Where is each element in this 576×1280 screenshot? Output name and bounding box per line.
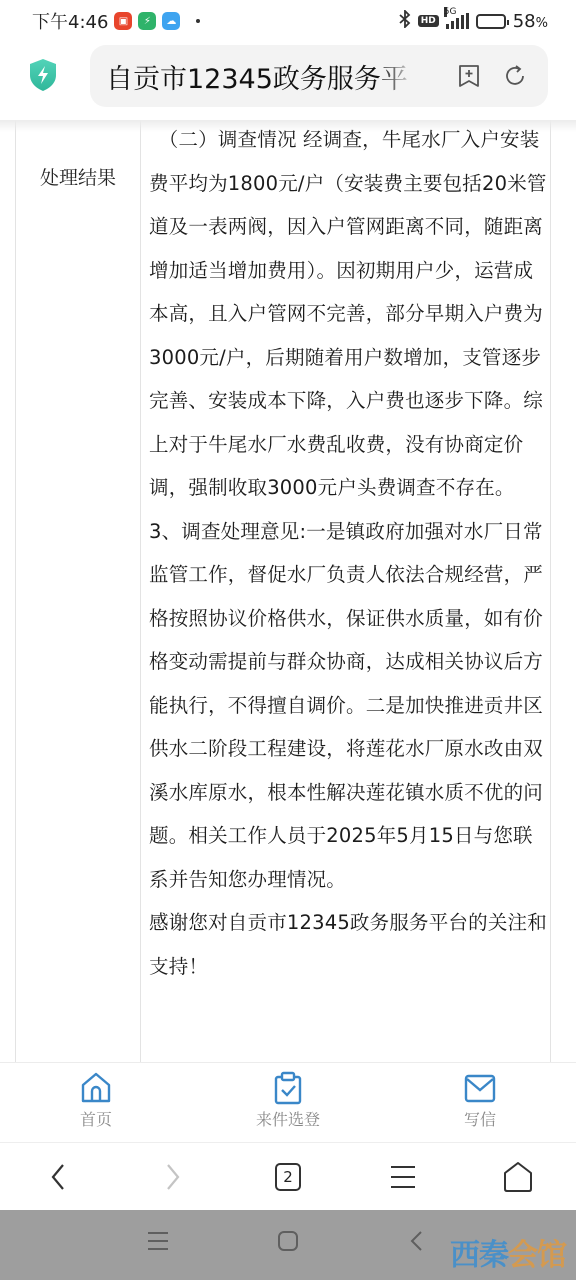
- url-field[interactable]: 自贡市12345政务服务平: [90, 45, 548, 107]
- field-label-cell: 处理结果: [16, 120, 141, 1062]
- chevron-left-icon: [48, 1162, 68, 1192]
- system-back-icon[interactable]: [408, 1230, 424, 1252]
- watermark-part1: 西秦: [450, 1238, 508, 1273]
- menu-button[interactable]: [373, 1152, 433, 1202]
- app-bottom-nav: 首页 来件选登 写信: [0, 1062, 576, 1142]
- nav-label: 写信: [464, 1107, 496, 1130]
- back-button[interactable]: [28, 1152, 88, 1202]
- bookmark-plus-icon[interactable]: [456, 63, 482, 89]
- browser-address-bar: 自贡市12345政务服务平: [0, 42, 576, 120]
- page-content[interactable]: 处理结果 （二）调查情况 经调查，牛尾水厂入户安装费平均为1800元/户（安装费…: [0, 120, 576, 1062]
- home-icon: [79, 1071, 113, 1105]
- nav-write-letter[interactable]: 写信: [400, 1063, 560, 1142]
- status-bar: 下午4:46 ▣ ⚡ ☁ HD 5G 58%: [0, 0, 576, 42]
- page-title[interactable]: 自贡市12345政务服务平: [106, 57, 416, 96]
- system-home-icon[interactable]: [277, 1230, 299, 1252]
- status-time: 下午4:46: [32, 8, 108, 34]
- more-notifications-dot-icon: [196, 19, 200, 23]
- hd-voice-icon: HD: [418, 15, 439, 27]
- notification-cloud-icon: ☁: [162, 12, 180, 30]
- hamburger-menu-icon: [389, 1164, 417, 1190]
- notification-app-icon: ▣: [114, 12, 132, 30]
- watermark-part2: 会馆: [508, 1238, 566, 1273]
- system-nav-bar: 西秦会馆: [0, 1210, 576, 1280]
- field-value-cell: （二）调查情况 经调查，牛尾水厂入户安装费平均为1800元/户（安装费主要包括2…: [141, 120, 550, 1062]
- browser-home-icon: [503, 1161, 533, 1193]
- tab-count: 2: [275, 1163, 301, 1191]
- watermark-logo: 西秦会馆: [450, 1230, 566, 1274]
- field-label: 处理结果: [40, 167, 116, 189]
- nav-label: 来件选登: [256, 1107, 320, 1130]
- shield-bolt-icon[interactable]: [28, 58, 58, 92]
- browser-toolbar: 2: [0, 1142, 576, 1210]
- status-right: HD 5G 58%: [399, 10, 548, 33]
- result-paragraph: （二）调查情况 经调查，牛尾水厂入户安装费平均为1800元/户（安装费主要包括2…: [149, 120, 550, 510]
- network-type: 5G: [444, 7, 447, 17]
- battery-percent: 58%: [513, 11, 548, 32]
- recent-apps-icon[interactable]: [147, 1230, 169, 1252]
- screen: 下午4:46 ▣ ⚡ ☁ HD 5G 58% 自贡市12345政务服务平: [0, 0, 576, 1280]
- nav-home[interactable]: 首页: [16, 1063, 176, 1142]
- result-paragraph: 感谢您对自贡市12345政务服务平台的关注和支持！: [149, 901, 550, 988]
- home-button[interactable]: [488, 1152, 548, 1202]
- notification-security-icon: ⚡: [138, 12, 156, 30]
- forward-button[interactable]: [143, 1152, 203, 1202]
- nav-label: 首页: [80, 1107, 112, 1130]
- refresh-icon[interactable]: [502, 63, 528, 89]
- bluetooth-icon: [399, 10, 411, 33]
- signal-icon: 5G: [446, 13, 469, 29]
- clipboard-check-icon: [271, 1071, 305, 1105]
- detail-table: 处理结果 （二）调查情况 经调查，牛尾水厂入户安装费平均为1800元/户（安装费…: [15, 120, 551, 1062]
- tabs-button[interactable]: 2: [258, 1152, 318, 1202]
- battery-icon: [476, 14, 506, 29]
- chevron-right-icon: [163, 1162, 183, 1192]
- result-paragraph: 3、调查处理意见:一是镇政府加强对水厂日常监管工作，督促水厂负责人依法合规经营，…: [149, 510, 550, 902]
- nav-selected-cases[interactable]: 来件选登: [208, 1063, 368, 1142]
- mail-icon: [463, 1071, 497, 1105]
